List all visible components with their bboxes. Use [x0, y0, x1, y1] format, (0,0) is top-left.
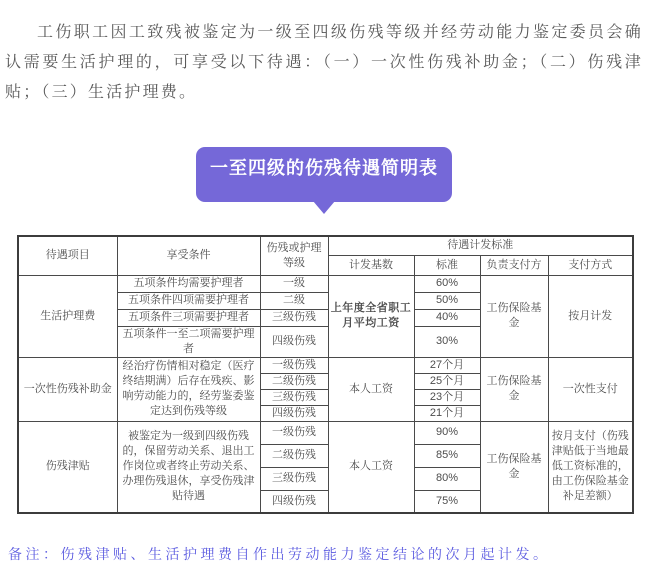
level-cell: 三级伤残: [260, 467, 328, 490]
benefits-table: 待遇项目 享受条件 伤残或护理等级 待遇计发标准 计发基数 标准 负责支付方 支…: [17, 235, 634, 514]
section-living-nursing-fee: 生活护理费 五项条件均需要护理者 一级 上年度全省职工月平均工资 60% 工伤保…: [18, 275, 633, 357]
rate-cell: 27个月: [414, 357, 480, 373]
condition-cell: 五项条件四项需要护理者: [117, 292, 260, 309]
payer-cell: 工伤保险基金: [480, 275, 548, 357]
item-cell: 伤残津贴: [18, 421, 117, 513]
condition-cell: 五项条件均需要护理者: [117, 275, 260, 292]
condition-cell: 五项条件三项需要护理者: [117, 309, 260, 326]
payer-cell: 工伤保险基金: [480, 357, 548, 421]
table-row: 生活护理费 五项条件均需要护理者 一级 上年度全省职工月平均工资 60% 工伤保…: [18, 275, 633, 292]
base-cell: 本人工资: [328, 357, 414, 421]
page: 工伤职工因工致残被鉴定为一级至四级伤残等级并经劳动能力鉴定委员会确认需要生活护理…: [0, 0, 648, 563]
method-cell: 按月计发: [548, 275, 633, 357]
level-cell: 四级伤残: [260, 326, 328, 357]
level-cell: 一级伤残: [260, 421, 328, 444]
footnote: 备注：伤残津贴、生活护理费自作出劳动能力鉴定结论的次月起计发。: [8, 544, 648, 563]
level-cell: 三级伤残: [260, 389, 328, 405]
level-cell: 二级伤残: [260, 373, 328, 389]
table-header: 待遇项目 享受条件 伤残或护理等级 待遇计发标准 计发基数 标准 负责支付方 支…: [18, 236, 633, 275]
method-cell: 按月支付（伤残津贴低于当地最低工资标准的，由工伤保险基金补足差额）: [548, 421, 633, 513]
banner-title: 一至四级的伤残待遇简明表: [210, 158, 438, 178]
payer-cell: 工伤保险基金: [480, 421, 548, 513]
method-cell: 一次性支付: [548, 357, 633, 421]
condition-cell: 被鉴定为一级到四级伤残的，保留劳动关系、退出工作岗位或者终止劳动关系、办理伤残退…: [117, 421, 260, 513]
rate-cell: 23个月: [414, 389, 480, 405]
header-payer: 负责支付方: [480, 255, 548, 275]
level-cell: 一级: [260, 275, 328, 292]
header-rate: 标准: [414, 255, 480, 275]
header-base: 计发基数: [328, 255, 414, 275]
level-cell: 二级: [260, 292, 328, 309]
base-cell: 上年度全省职工月平均工资: [328, 275, 414, 357]
header-level: 伤残或护理等级: [260, 236, 328, 275]
header-condition: 享受条件: [117, 236, 260, 275]
level-cell: 四级伤残: [260, 405, 328, 421]
item-cell: 一次性伤残补助金: [18, 357, 117, 421]
header-item: 待遇项目: [18, 236, 117, 275]
condition-cell: 五项条件一至二项需要护理者: [117, 326, 260, 357]
banner-tail-pointer: [313, 201, 335, 214]
table-row: 伤残津贴 被鉴定为一级到四级伤残的，保留劳动关系、退出工作岗位或者终止劳动关系、…: [18, 421, 633, 444]
rate-cell: 90%: [414, 421, 480, 444]
condition-cell: 经治疗伤情相对稳定（医疗终结期满）后存在残疾、影响劳动能力的，经劳鉴委鉴定达到伤…: [117, 357, 260, 421]
rate-cell: 50%: [414, 292, 480, 309]
intro-paragraph: 工伤职工因工致残被鉴定为一级至四级伤残等级并经劳动能力鉴定委员会确认需要生活护理…: [5, 18, 643, 108]
header-row-1: 待遇项目 享受条件 伤残或护理等级 待遇计发标准: [18, 236, 633, 255]
banner-container: 一至四级的伤残待遇简明表: [0, 147, 648, 202]
level-cell: 四级伤残: [260, 490, 328, 513]
banner: 一至四级的伤残待遇简明表: [196, 147, 452, 202]
level-cell: 三级伤残: [260, 309, 328, 326]
rate-cell: 75%: [414, 490, 480, 513]
rate-cell: 60%: [414, 275, 480, 292]
rate-cell: 21个月: [414, 405, 480, 421]
rate-cell: 30%: [414, 326, 480, 357]
section-disability-subsidy: 伤残津贴 被鉴定为一级到四级伤残的，保留劳动关系、退出工作岗位或者终止劳动关系、…: [18, 421, 633, 513]
base-cell: 本人工资: [328, 421, 414, 513]
header-standard-group: 待遇计发标准: [328, 236, 633, 255]
level-cell: 二级伤残: [260, 444, 328, 467]
rate-cell: 40%: [414, 309, 480, 326]
rate-cell: 80%: [414, 467, 480, 490]
section-onetime-disability-allowance: 一次性伤残补助金 经治疗伤情相对稳定（医疗终结期满）后存在残疾、影响劳动能力的，…: [18, 357, 633, 421]
rate-cell: 25个月: [414, 373, 480, 389]
header-method: 支付方式: [548, 255, 633, 275]
item-cell: 生活护理费: [18, 275, 117, 357]
level-cell: 一级伤残: [260, 357, 328, 373]
rate-cell: 85%: [414, 444, 480, 467]
table-row: 一次性伤残补助金 经治疗伤情相对稳定（医疗终结期满）后存在残疾、影响劳动能力的，…: [18, 357, 633, 373]
